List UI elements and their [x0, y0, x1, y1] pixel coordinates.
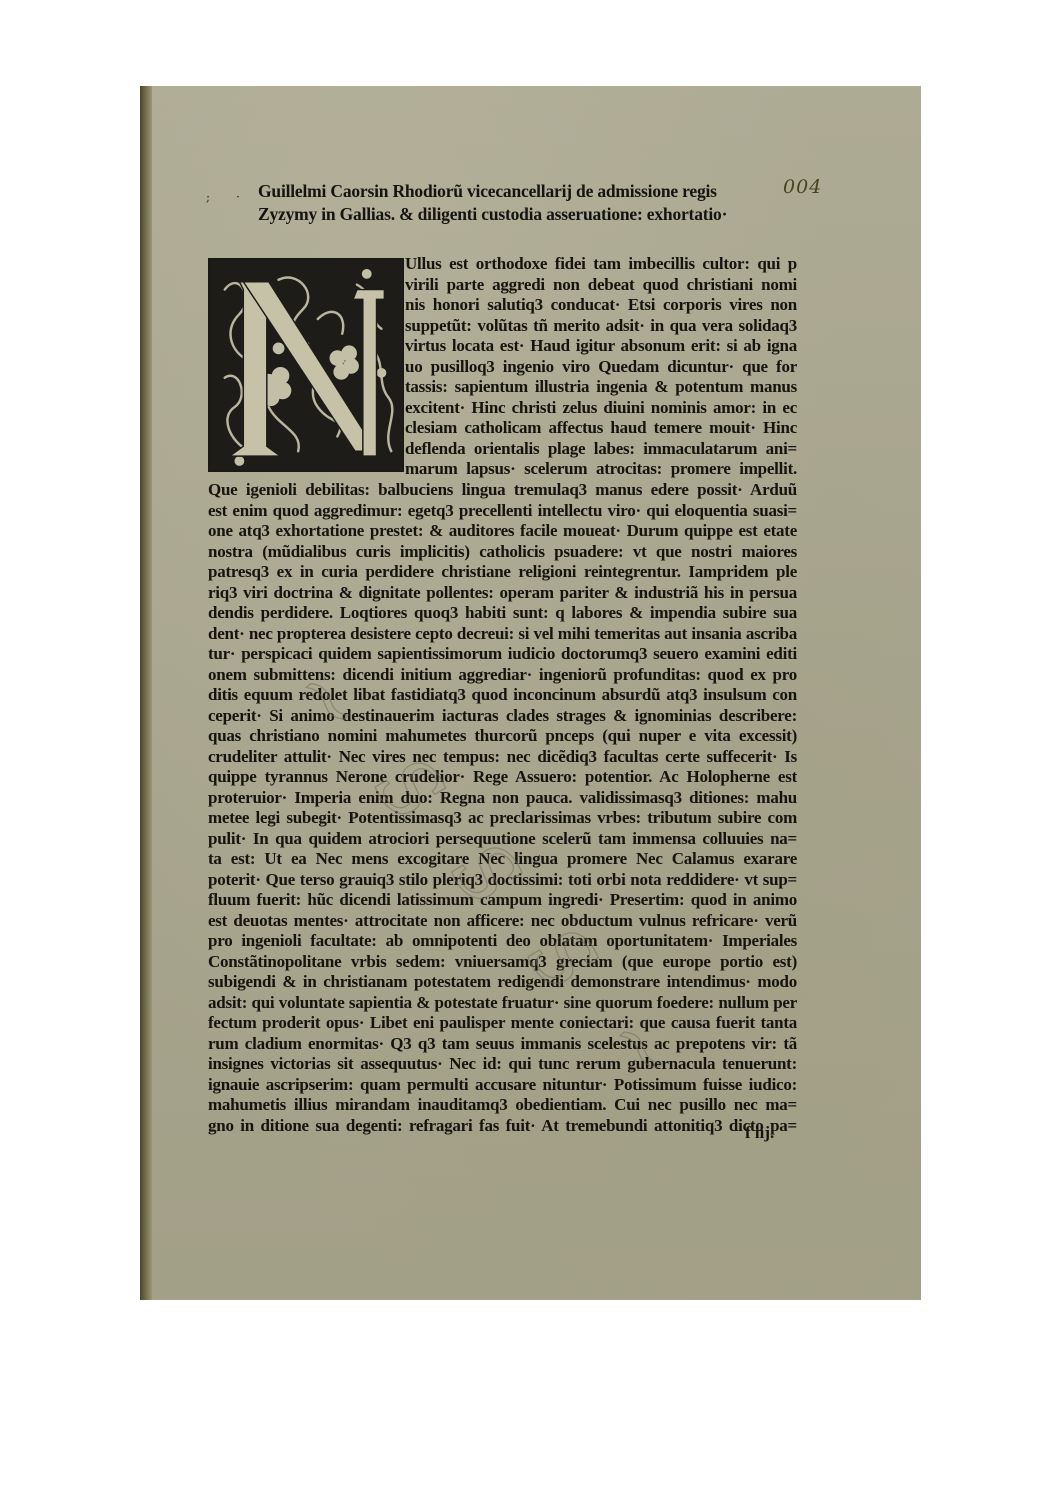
- title-line-1: Guillelmi Caorsin Rhodiorũ vicecancellar…: [258, 181, 717, 202]
- text-line: tur· perspicaci quidem sapientissimorum …: [208, 643, 797, 665]
- signature-mark: f iij.: [745, 1123, 774, 1143]
- text-line: pro ingenioli facultate: ab omnipotenti …: [208, 930, 797, 952]
- text-line: est deuotas mentes· attrocitate non affi…: [208, 910, 797, 932]
- text-line: pulit· In qua quidem atrociori persequut…: [208, 828, 797, 850]
- text-line: ta est: Ut ea Nec mens excogitare Nec li…: [208, 848, 797, 870]
- text-line: adsit: qui voluntate sapientia & potesta…: [208, 992, 797, 1014]
- title-line-2: Zyzymy in Gallias. & diligenti custodia …: [258, 204, 727, 225]
- margin-mark: ·: [236, 190, 240, 204]
- text-line: nis honori salutiq3 conducat· Etsi corpo…: [405, 294, 797, 316]
- text-line: one atq3 exhortatione prestet: & auditor…: [208, 520, 797, 542]
- text-line: dendis perdidere. Loqtiores quoq3 habiti…: [208, 602, 797, 624]
- text-line: deflenda orientalis plage labes: immacul…: [405, 438, 797, 460]
- text-line: fectum proderit opus· Libet eni paulispe…: [208, 1012, 797, 1034]
- text-line: virili parte aggredi non debeat quod chr…: [405, 274, 797, 296]
- text-line: ceperit· Si animo destinauerim iacturas …: [208, 705, 797, 727]
- text-line: excitent· Hinc christi zelus diuini nomi…: [405, 397, 797, 419]
- text-line: insignes victorias sit assequutus· Nec i…: [208, 1053, 797, 1075]
- text-line: ditis equum redolet libat fastidiatq3 qu…: [208, 684, 797, 706]
- text-line: quippe tyrannus Nerone crudelior· Rege A…: [208, 766, 797, 788]
- page-binding-edge: [140, 86, 152, 1300]
- scanned-page: ; · 004 Guillelmi Caorsin Rhodiorũ vicec…: [140, 86, 921, 1300]
- text-line: dent· nec propterea desistere cepto decr…: [208, 623, 797, 645]
- text-line: mahumetis illius mirandam inauditamq3 ob…: [208, 1094, 797, 1116]
- text-line: Constãtinopolitane vrbis sedem: vniuersa…: [208, 951, 797, 973]
- text-line: Que igenioli debilitas: balbuciens lingu…: [208, 479, 797, 501]
- text-line: clesiam catholicam affectus haud temere …: [405, 417, 797, 439]
- text-line: fluum fuerit: hũc dicendi latissimum cam…: [208, 889, 797, 911]
- text-line: riq3 viri doctrina & dignitate pollentes…: [208, 582, 797, 604]
- text-line: ignauie ascripserim: quam permulti accus…: [208, 1074, 797, 1096]
- text-line: crudeliter attulit· Nec vires nec tempus…: [208, 746, 797, 768]
- margin-mark: ;: [206, 190, 210, 204]
- text-line: nostra (mũdialibus curis implicitis) cat…: [208, 541, 797, 563]
- text-line: poterit· Que terso grauiq3 stilo pleriq3…: [208, 869, 797, 891]
- text-line: metee legi subegit· Potentissimasq3 ac p…: [208, 807, 797, 829]
- decorated-initial-n: [208, 258, 404, 472]
- text-line: rum cladium enormitas· Q3 q3 tam seuus i…: [208, 1033, 797, 1055]
- initial-n-woodcut-icon: [210, 260, 402, 470]
- folio-number: 004: [783, 176, 822, 198]
- text-line: tassis: sapientum illustria ingenia & po…: [405, 376, 797, 398]
- text-line: gno in ditione sua degenti: refragari fa…: [208, 1115, 797, 1137]
- text-line: suppetũt: volũtas tñ merito adsit· in qu…: [405, 315, 797, 337]
- text-line: subigendi & in christianam potestatem re…: [208, 971, 797, 993]
- text-line: Ullus est orthodoxe fidei tam imbecillis…: [405, 253, 797, 275]
- text-line: patresq3 ex in curia perdidere christian…: [208, 561, 797, 583]
- text-line: proteruior· Imperia enim duo: Regna non …: [208, 787, 797, 809]
- text-line: marum lapsus· scelerum atrocitas: promer…: [405, 458, 797, 480]
- text-line: est enim quod aggredimur: egetq3 precell…: [208, 500, 797, 522]
- text-line: onem submittens: dicendi initium aggredi…: [208, 664, 797, 686]
- text-line: virtus locata est· Haud igitur absonum e…: [405, 335, 797, 357]
- text-line: quas christiano nomini mahumetes thurcor…: [208, 725, 797, 747]
- text-line: uo pusilloq3 ingenio viro Quedam dicuntu…: [405, 356, 797, 378]
